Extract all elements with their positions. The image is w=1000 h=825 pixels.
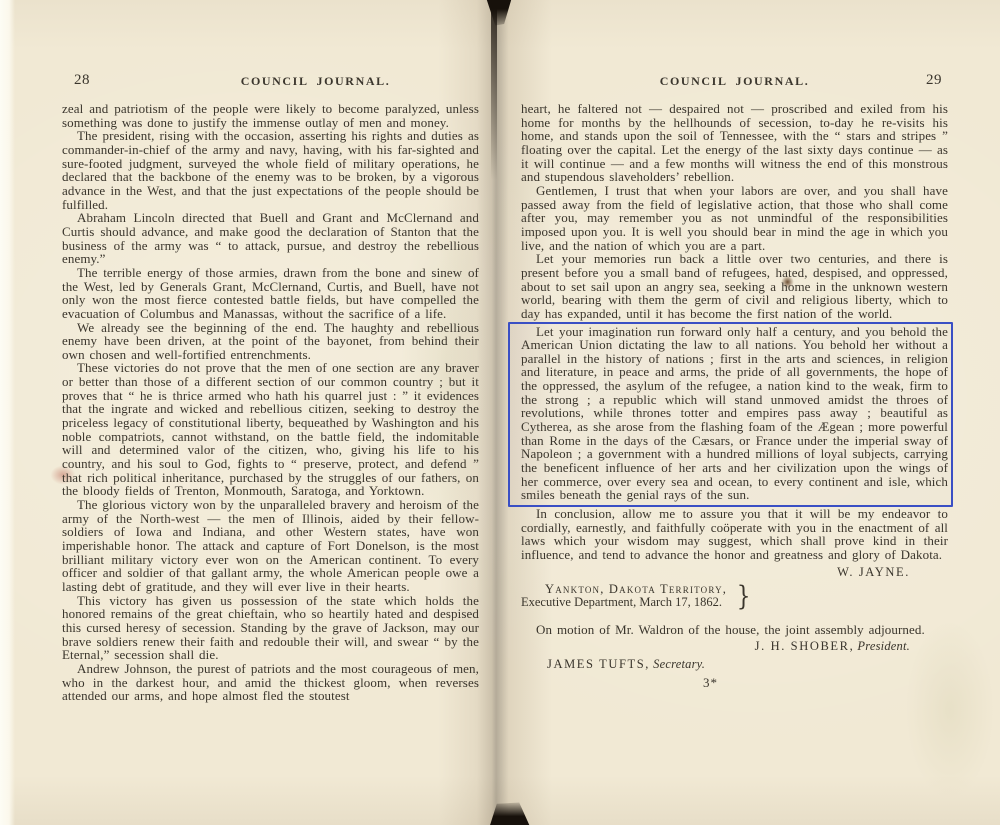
paragraph: These victories do not prove that the me…	[62, 361, 479, 498]
right-page-header: COUNCIL JOURNAL. 29	[521, 72, 948, 89]
right-page-text-before: heart, he faltered not — despaired not —…	[521, 102, 948, 321]
paragraph: This victory has given us possession of …	[62, 594, 479, 662]
motion-paragraph: On motion of Mr. Waldron of the house, t…	[521, 623, 948, 637]
left-page-header: 28 COUNCIL JOURNAL.	[62, 72, 479, 89]
paragraph: zeal and patriotism of the people were l…	[62, 102, 479, 129]
paragraph: heart, he faltered not — despaired not —…	[521, 102, 948, 184]
paragraph: The president, rising with the occasion,…	[62, 129, 479, 211]
paragraph: Gentlemen, I trust that when your labors…	[521, 184, 948, 252]
dateline-date: Executive Department, March 17, 1862.	[521, 596, 727, 609]
highlight-box: Let your imagination run forward only ha…	[508, 322, 953, 508]
page-edge	[0, 0, 15, 825]
paragraph: We already see the beginning of the end.…	[62, 321, 479, 362]
highlighted-paragraph: Let your imagination run forward only ha…	[521, 325, 948, 503]
signature-secretary: JAMES TUFTS, Secretary.	[547, 657, 948, 672]
running-header-right: COUNCIL JOURNAL.	[521, 74, 948, 89]
dateline: Yankton, Dakota Territory, Executive Dep…	[521, 581, 948, 612]
signature-governor: W. JAYNE.	[521, 565, 910, 580]
page-number-right: 29	[926, 72, 942, 89]
page-number-left: 28	[74, 72, 90, 89]
paragraph: Abraham Lincoln directed that Buell and …	[62, 211, 479, 266]
paragraph: Andrew Johnson, the purest of patriots a…	[62, 662, 479, 703]
conclusion-paragraph: In conclusion, allow me to assure you th…	[521, 507, 948, 562]
secretary-name: JAMES TUFTS,	[547, 657, 650, 671]
dateline-lines: Yankton, Dakota Territory, Executive Dep…	[521, 583, 727, 609]
president-name: J. H. SHOBER,	[755, 639, 855, 653]
left-page-text: zeal and patriotism of the people were l…	[62, 102, 479, 703]
paragraph: Let your memories run back a little over…	[521, 252, 948, 320]
secretary-title: Secretary.	[653, 657, 705, 671]
right-page-text-after: In conclusion, allow me to assure you th…	[521, 507, 948, 562]
signature-president: J. H. SHOBER, President.	[521, 639, 910, 654]
book-scan: 28 COUNCIL JOURNAL. zeal and patriotism …	[0, 0, 1000, 825]
president-title: President.	[857, 639, 910, 653]
right-page: COUNCIL JOURNAL. 29 heart, he faltered n…	[521, 72, 948, 691]
paragraph: The terrible energy of those armies, dra…	[62, 266, 479, 321]
signature-mark: 3*	[497, 675, 924, 691]
binding-line	[491, 0, 497, 180]
left-page: 28 COUNCIL JOURNAL. zeal and patriotism …	[62, 72, 479, 703]
running-header-left: COUNCIL JOURNAL.	[107, 74, 524, 89]
dateline-brace: }	[737, 581, 751, 612]
paragraph: The glorious victory won by the unparall…	[62, 498, 479, 594]
